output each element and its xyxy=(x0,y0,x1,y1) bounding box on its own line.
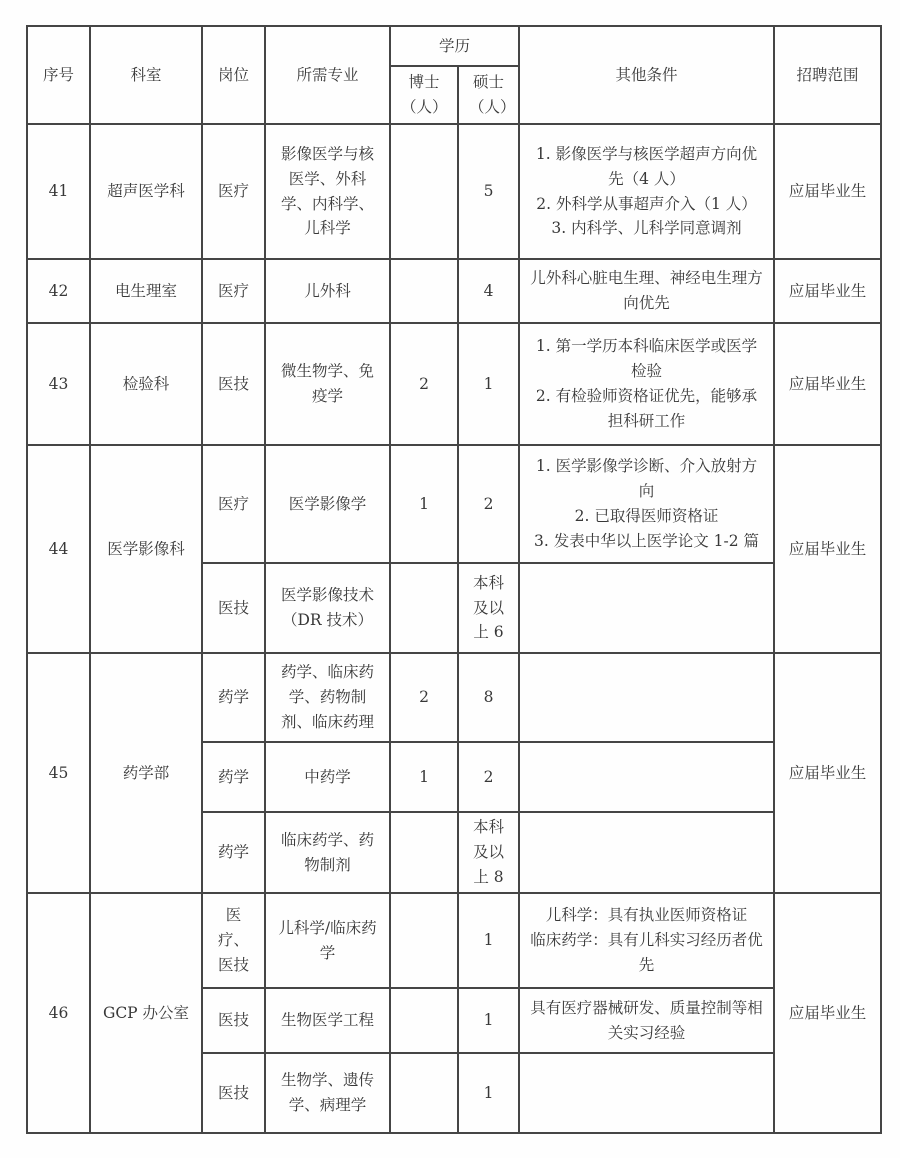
scanned-page: 序号 科室 岗位 所需专业 学历 其他条件 招聘范围 博士 （人） 硕士 （人）… xyxy=(0,0,900,1158)
cell-41-other: 1. 影像医学与核医学超声方向优先（4 人） 2. 外科学从事超声介入（1 人）… xyxy=(519,124,774,259)
cell-45c-master: 本科 及以 上 8 xyxy=(458,812,519,893)
cell-45a-major: 药学、临床药学、药物制剂、临床药理 xyxy=(265,653,390,742)
cell-45c-other xyxy=(519,812,774,893)
cell-45a-phd: 2 xyxy=(390,653,458,742)
header-seq: 序号 xyxy=(27,26,90,124)
cell-44b-other xyxy=(519,563,774,653)
cell-46b-post: 医技 xyxy=(202,988,265,1053)
cell-46c-phd xyxy=(390,1053,458,1133)
header-post: 岗位 xyxy=(202,26,265,124)
header-education: 学历 xyxy=(390,26,519,66)
table-row-46-sub1: 46 GCP 办公室 医疗、医技 儿科学/临床药学 1 儿科学：具有执业医师资格… xyxy=(27,893,881,988)
cell-42-scope: 应届毕业生 xyxy=(774,259,881,323)
cell-46a-major: 儿科学/临床药学 xyxy=(265,893,390,988)
cell-44b-phd xyxy=(390,563,458,653)
cell-45-dept: 药学部 xyxy=(90,653,202,893)
table-row-44-sub1: 44 医学影像科 医疗 医学影像学 1 2 1. 医学影像学诊断、介入放射方向 … xyxy=(27,445,881,563)
cell-46c-master: 1 xyxy=(458,1053,519,1133)
cell-45b-master: 2 xyxy=(458,742,519,812)
header-master-count: 硕士 （人） xyxy=(458,66,519,124)
cell-45a-master: 8 xyxy=(458,653,519,742)
cell-43-post: 医技 xyxy=(202,323,265,445)
header-doctor-count: 博士 （人） xyxy=(390,66,458,124)
cell-41-post: 医疗 xyxy=(202,124,265,259)
cell-41-phd xyxy=(390,124,458,259)
cell-42-phd xyxy=(390,259,458,323)
cell-46c-post: 医技 xyxy=(202,1053,265,1133)
cell-46b-major: 生物医学工程 xyxy=(265,988,390,1053)
cell-46a-phd xyxy=(390,893,458,988)
cell-44b-master: 本科 及以 上 6 xyxy=(458,563,519,653)
cell-43-no: 43 xyxy=(27,323,90,445)
cell-45c-phd xyxy=(390,812,458,893)
cell-44-no: 44 xyxy=(27,445,90,653)
cell-44b-post: 医技 xyxy=(202,563,265,653)
cell-41-no: 41 xyxy=(27,124,90,259)
header-recruit-scope: 招聘范围 xyxy=(774,26,881,124)
cell-43-other: 1. 第一学历本科临床医学或医学检验 2. 有检验师资格证优先，能够承担科研工作 xyxy=(519,323,774,445)
cell-44a-other: 1. 医学影像学诊断、介入放射方向 2. 已取得医师资格证 3. 发表中华以上医… xyxy=(519,445,774,563)
cell-41-scope: 应届毕业生 xyxy=(774,124,881,259)
cell-46b-other: 具有医疗器械研发、质量控制等相关实习经验 xyxy=(519,988,774,1053)
table-row-42: 42 电生理室 医疗 儿外科 4 儿外科心脏电生理、神经电生理方向优先 应届毕业… xyxy=(27,259,881,323)
cell-42-major: 儿外科 xyxy=(265,259,390,323)
header-other-conditions: 其他条件 xyxy=(519,26,774,124)
header-dept: 科室 xyxy=(90,26,202,124)
cell-45b-major: 中药学 xyxy=(265,742,390,812)
cell-46a-post: 医疗、医技 xyxy=(202,893,265,988)
cell-44a-major: 医学影像学 xyxy=(265,445,390,563)
cell-44b-major: 医学影像技术（DR 技术） xyxy=(265,563,390,653)
cell-46-no: 46 xyxy=(27,893,90,1133)
cell-46b-phd xyxy=(390,988,458,1053)
cell-45c-major: 临床药学、药物制剂 xyxy=(265,812,390,893)
cell-46a-other: 儿科学：具有执业医师资格证 临床药学：具有儿科实习经历者优先 xyxy=(519,893,774,988)
cell-45a-other xyxy=(519,653,774,742)
cell-45b-phd: 1 xyxy=(390,742,458,812)
cell-44a-post: 医疗 xyxy=(202,445,265,563)
cell-43-scope: 应届毕业生 xyxy=(774,323,881,445)
cell-42-master: 4 xyxy=(458,259,519,323)
cell-46-dept: GCP 办公室 xyxy=(90,893,202,1133)
cell-44-dept: 医学影像科 xyxy=(90,445,202,653)
cell-45c-post: 药学 xyxy=(202,812,265,893)
cell-43-phd: 2 xyxy=(390,323,458,445)
cell-46c-other xyxy=(519,1053,774,1133)
cell-42-no: 42 xyxy=(27,259,90,323)
cell-44a-phd: 1 xyxy=(390,445,458,563)
table-row-43: 43 检验科 医技 微生物学、免疫学 2 1 1. 第一学历本科临床医学或医学检… xyxy=(27,323,881,445)
cell-45-scope: 应届毕业生 xyxy=(774,653,881,893)
cell-46-scope: 应届毕业生 xyxy=(774,893,881,1133)
cell-43-major: 微生物学、免疫学 xyxy=(265,323,390,445)
table-row-41: 41 超声医学科 医疗 影像医学与核医学、外科学、内科学、儿科学 5 1. 影像… xyxy=(27,124,881,259)
recruitment-table: 序号 科室 岗位 所需专业 学历 其他条件 招聘范围 博士 （人） 硕士 （人）… xyxy=(26,25,882,1134)
cell-42-other: 儿外科心脏电生理、神经电生理方向优先 xyxy=(519,259,774,323)
cell-41-master: 5 xyxy=(458,124,519,259)
cell-43-master: 1 xyxy=(458,323,519,445)
cell-41-dept: 超声医学科 xyxy=(90,124,202,259)
cell-45a-post: 药学 xyxy=(202,653,265,742)
cell-45-no: 45 xyxy=(27,653,90,893)
cell-44-scope: 应届毕业生 xyxy=(774,445,881,653)
cell-44a-master: 2 xyxy=(458,445,519,563)
header-major: 所需专业 xyxy=(265,26,390,124)
cell-46c-major: 生物学、遗传学、病理学 xyxy=(265,1053,390,1133)
cell-41-major: 影像医学与核医学、外科学、内科学、儿科学 xyxy=(265,124,390,259)
cell-46a-master: 1 xyxy=(458,893,519,988)
cell-45b-other xyxy=(519,742,774,812)
cell-42-dept: 电生理室 xyxy=(90,259,202,323)
table-row-45-sub1: 45 药学部 药学 药学、临床药学、药物制剂、临床药理 2 8 应届毕业生 xyxy=(27,653,881,742)
cell-43-dept: 检验科 xyxy=(90,323,202,445)
header-row-1: 序号 科室 岗位 所需专业 学历 其他条件 招聘范围 xyxy=(27,26,881,66)
cell-46b-master: 1 xyxy=(458,988,519,1053)
cell-42-post: 医疗 xyxy=(202,259,265,323)
cell-45b-post: 药学 xyxy=(202,742,265,812)
